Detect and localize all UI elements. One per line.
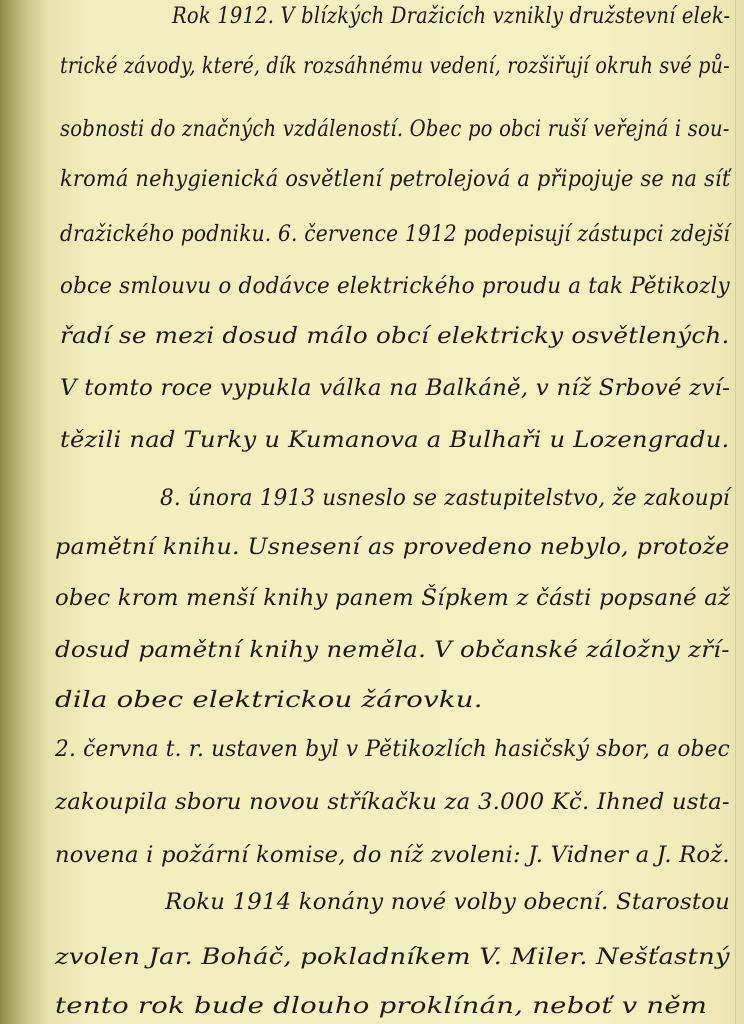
text-line: pamětní knihu. Usnesení as provedeno neb…	[55, 535, 730, 560]
text-line: zvolen Jar. Boháč, pokladníkem V. Miler.…	[55, 945, 730, 970]
text-line: kromá nehygienická osvětlení petrolejová…	[60, 167, 730, 192]
text-line: obec krom menší knihy panem Šípkem z čás…	[55, 586, 730, 611]
text-line: 2. června t. r. ustaven byl v Pětikozlíc…	[55, 737, 730, 762]
text-line: dila obec elektrickou žárovku.	[55, 688, 483, 713]
text-line: dosud pamětní knihy neměla. V občanské z…	[55, 638, 730, 663]
text-line: tento rok bude dlouho proklínán, neboť v…	[55, 994, 707, 1019]
text-line: dražického podniku. 6. července 1912 pod…	[60, 222, 730, 247]
text-line: trické závody, které, dík rozsáhnému ved…	[60, 54, 730, 79]
text-line: zakoupila sboru novou stříkačku za 3.000…	[55, 790, 730, 815]
text-line: Roku 1914 konány nové volby obecní. Star…	[165, 890, 730, 915]
text-line: řadí se mezi dosud málo obcí elektricky …	[60, 324, 730, 349]
text-line: obce smlouvu o dodávce elektrického prou…	[60, 274, 730, 299]
text-line: novena i požární komise, do níž zvoleni:…	[55, 843, 730, 868]
text-line: Rok 1912. V blízkých Dražicích vznikly d…	[172, 4, 730, 29]
chronicle-page: Rok 1912. V blízkých Dražicích vznikly d…	[0, 0, 744, 1024]
text-line: tězili nad Turky u Kumanova a Bulhaři u …	[60, 428, 729, 453]
text-line: V tomto roce vypukla válka na Balkáně, v…	[60, 376, 730, 401]
text-line: 8. února 1913 usneslo se zastupitelstvo,…	[160, 486, 730, 511]
text-line: sobnosti do značných vzdáleností. Obec p…	[60, 117, 730, 142]
